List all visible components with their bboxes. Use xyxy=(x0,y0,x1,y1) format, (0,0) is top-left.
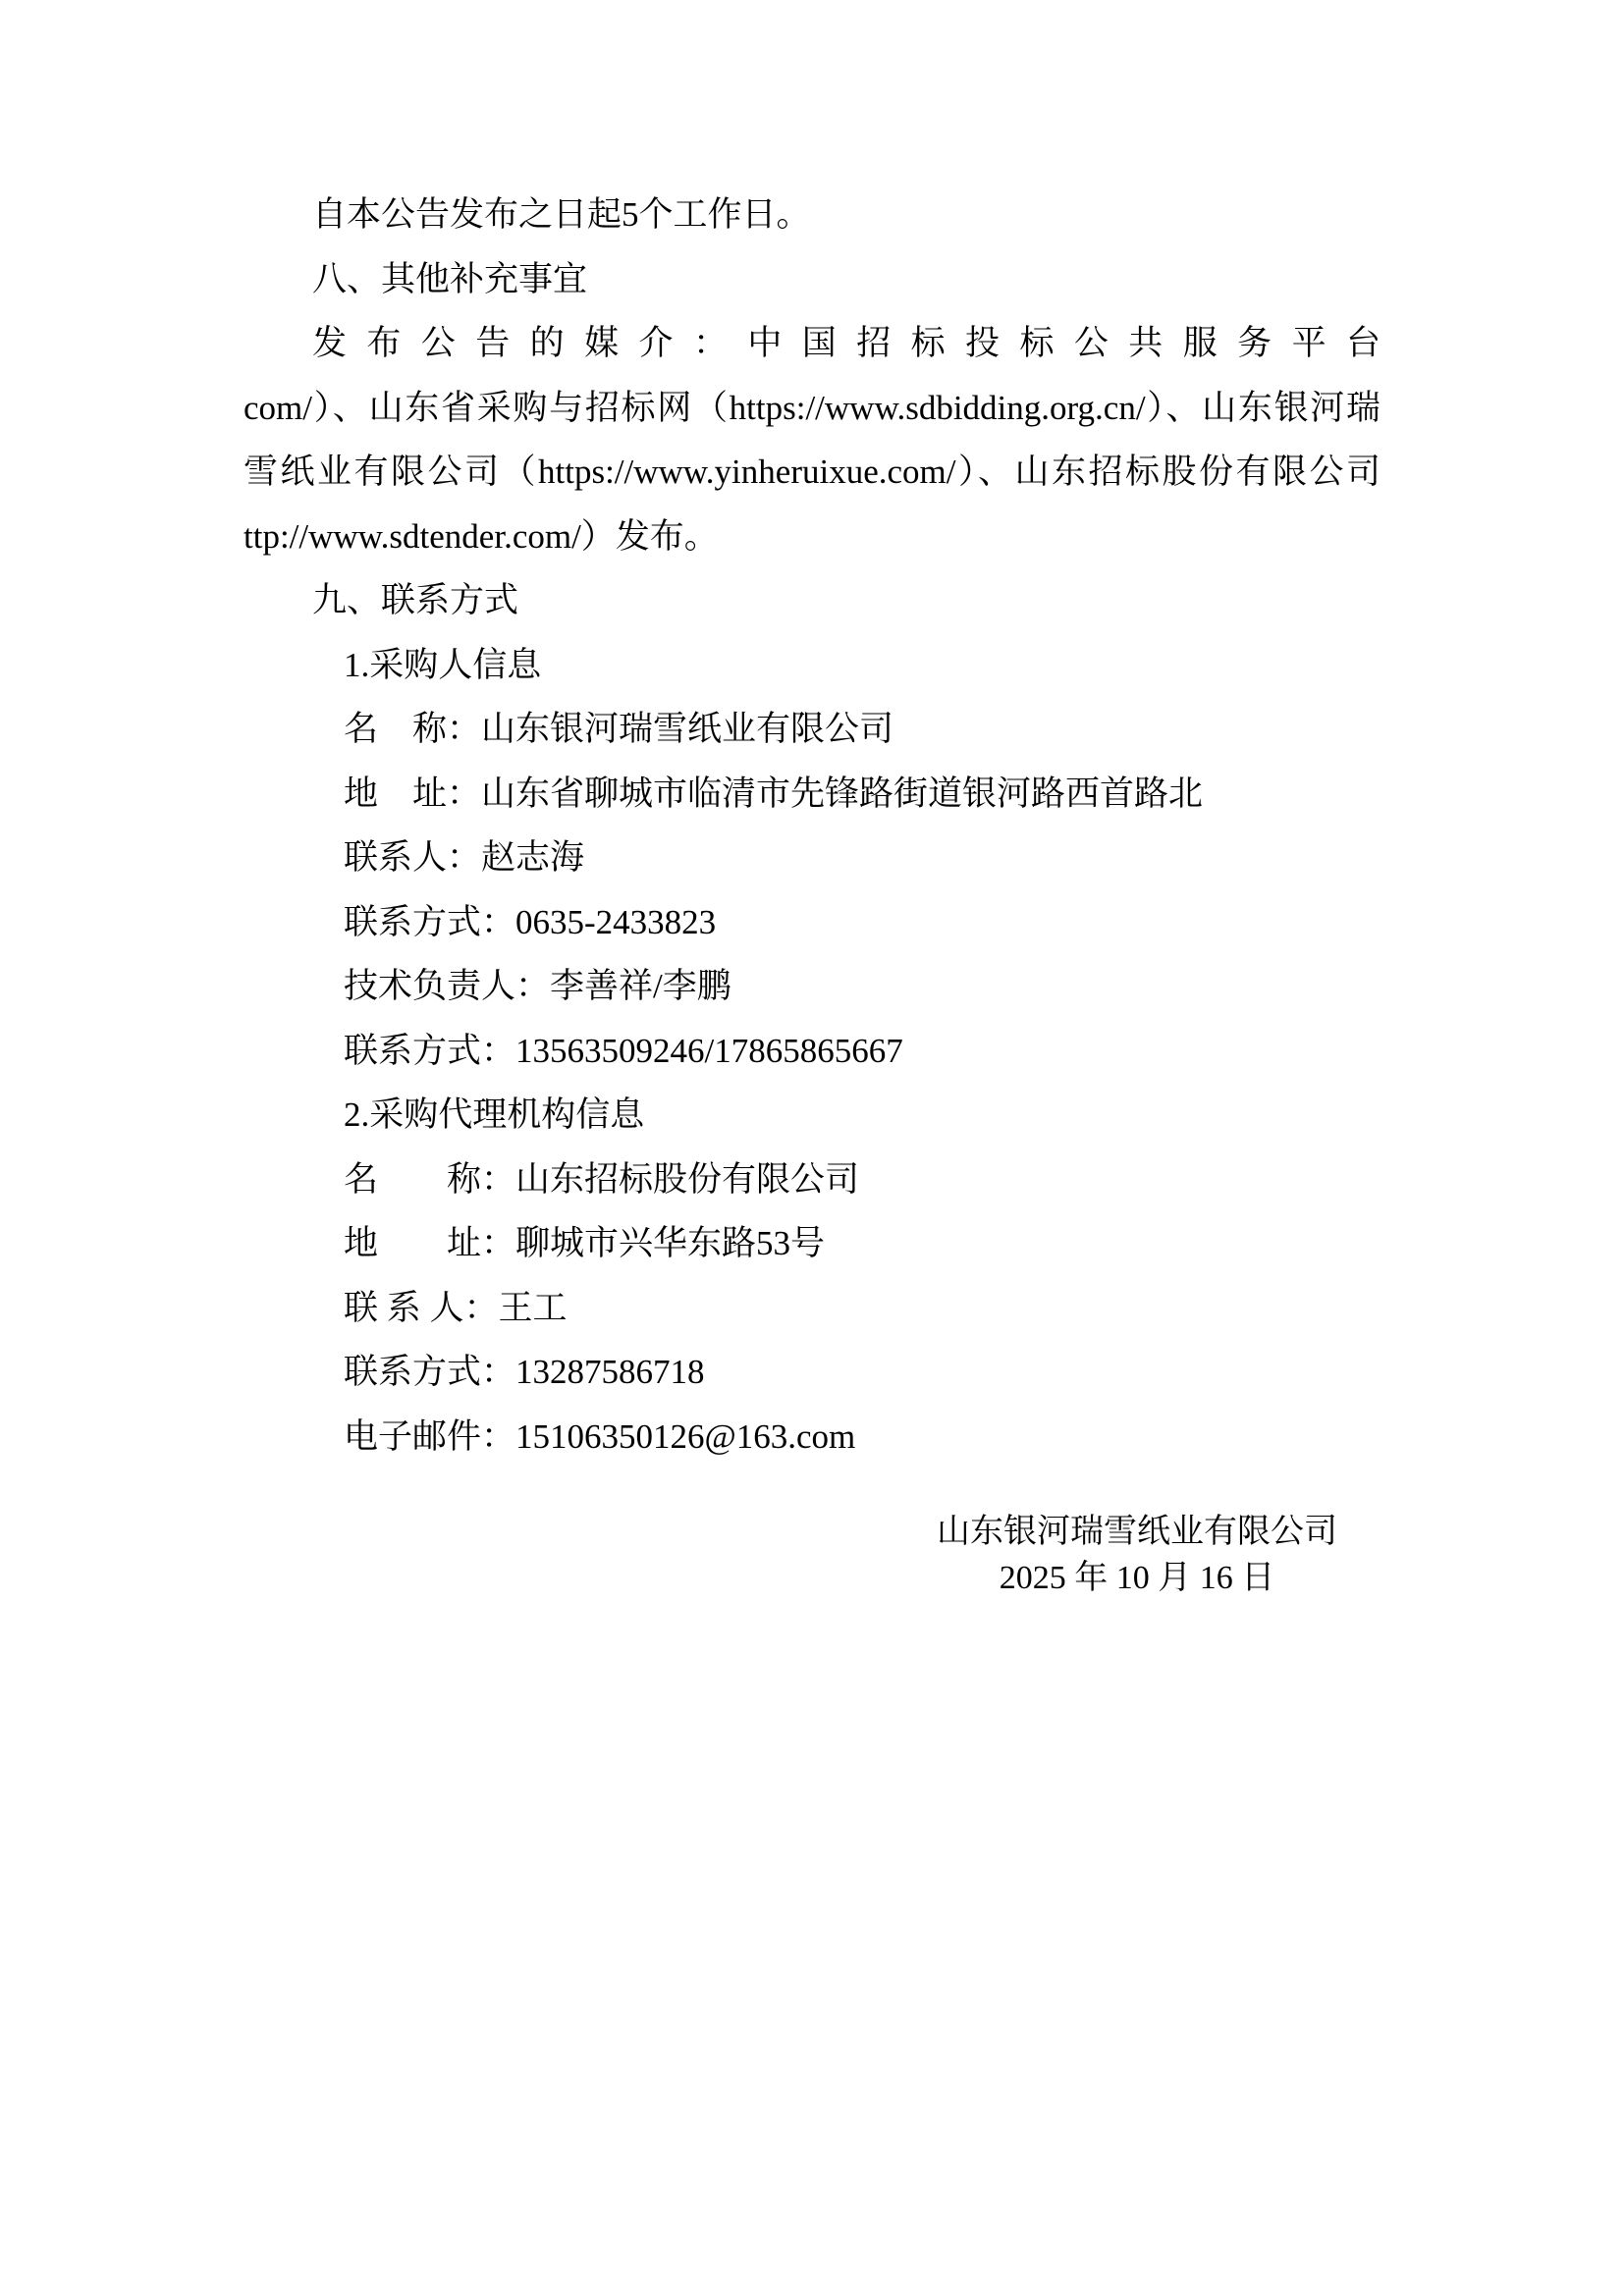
section-9-heading: 九、联系方式 xyxy=(244,568,1380,633)
purchaser-phone: 联系方式：0635-2433823 xyxy=(244,890,1380,955)
purchaser-heading: 1.采购人信息 xyxy=(244,633,1380,698)
purchaser-tech-lead: 技术负责人：李善祥/李鹏 xyxy=(244,954,1380,1019)
purchaser-contact: 联系人：赵志海 xyxy=(244,826,1380,890)
agency-name: 名 称：山东招标股份有限公司 xyxy=(244,1148,1380,1212)
signature-company: 山东银河瑞雪纸业有限公司 xyxy=(937,1509,1337,1555)
notice-body: 自本公告发布之日起5个工作日。 八、其他补充事宜 发布公告的媒介：中国招标投标公… xyxy=(244,183,1380,1468)
agency-email: 电子邮件：15106350126@163.com xyxy=(244,1405,1380,1469)
purchaser-tech-phone: 联系方式：13563509246/17865865667 xyxy=(244,1019,1380,1084)
purchaser-address: 地 址：山东省聊城市临清市先锋路街道银河路西首路北 xyxy=(244,762,1380,827)
purchaser-name: 名 称：山东银河瑞雪纸业有限公司 xyxy=(244,697,1380,762)
signature-date: 2025 年 10 月 16 日 xyxy=(937,1555,1337,1601)
media-paragraph-line-3: 雪纸业有限公司（https://www.yinheruixue.com/）、山东… xyxy=(244,440,1380,505)
media-paragraph-line-4: ttp://www.sdtender.com/）发布。 xyxy=(244,505,1380,569)
validity-note: 自本公告发布之日起5个工作日。 xyxy=(244,183,1380,247)
agency-heading: 2.采购代理机构信息 xyxy=(244,1083,1380,1148)
media-paragraph-line-2: com/）、山东省采购与招标网（https://www.sdbidding.or… xyxy=(244,376,1380,441)
agency-contact: 联 系 人：王工 xyxy=(244,1276,1380,1341)
agency-phone: 联系方式：13287586718 xyxy=(244,1340,1380,1405)
media-paragraph-line-1: 发布公告的媒介：中国招标投标公共服务平台（http://www.cebpubse… xyxy=(244,311,1380,376)
section-8-heading: 八、其他补充事宜 xyxy=(244,247,1380,312)
document-page: 自本公告发布之日起5个工作日。 八、其他补充事宜 发布公告的媒介：中国招标投标公… xyxy=(0,0,1624,2296)
signature-block: 山东银河瑞雪纸业有限公司 2025 年 10 月 16 日 xyxy=(937,1509,1337,1601)
agency-address: 地 址：聊城市兴华东路53号 xyxy=(244,1211,1380,1276)
